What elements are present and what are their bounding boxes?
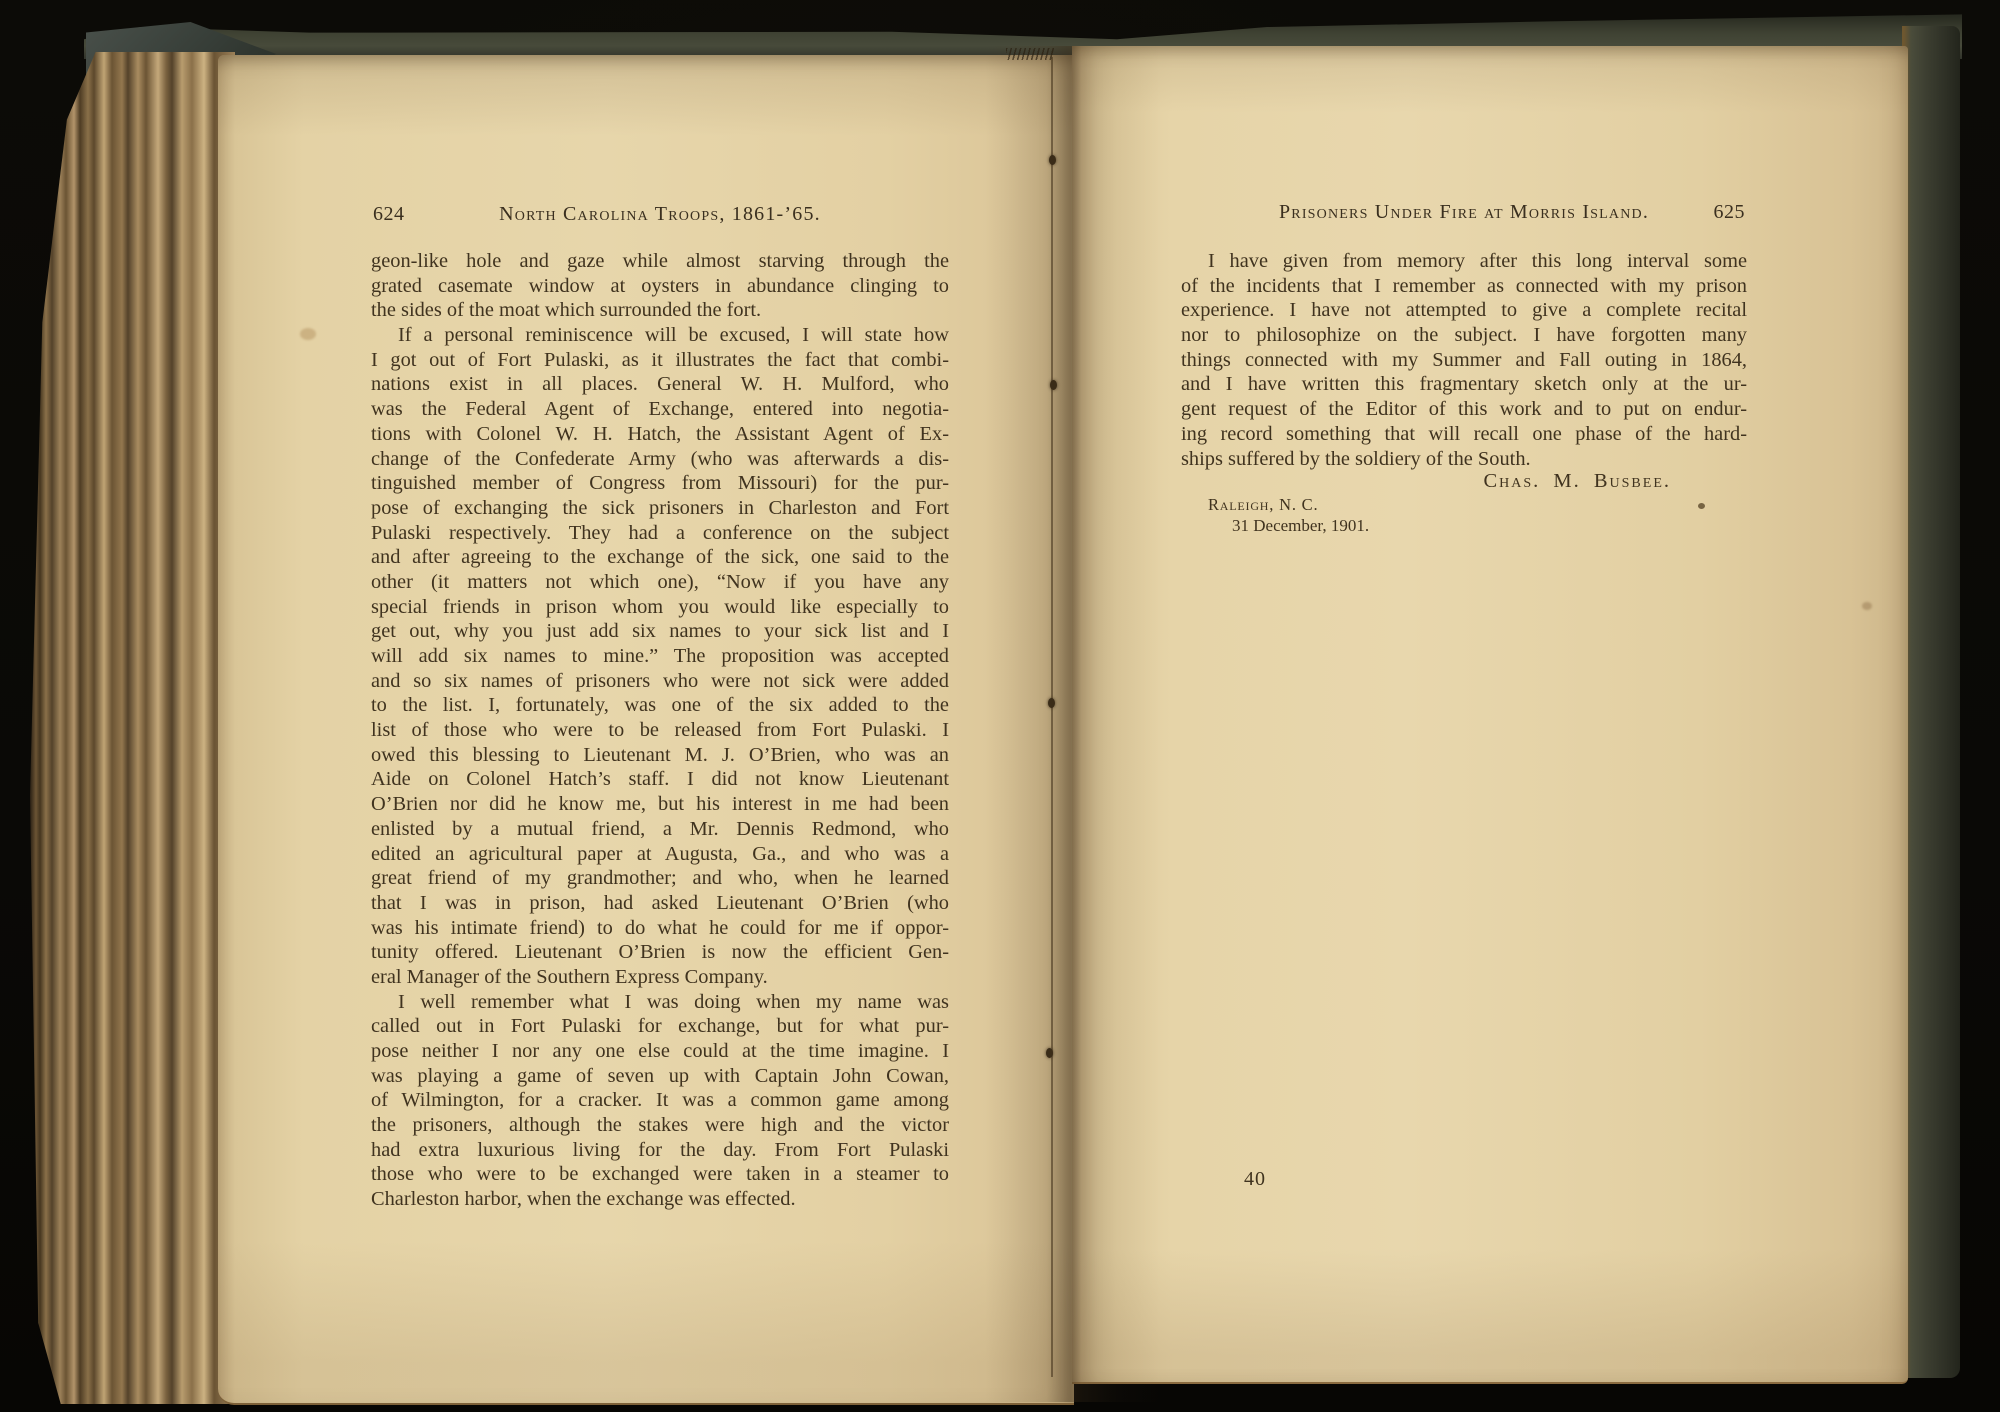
binding-stitch-hole xyxy=(1046,1048,1053,1058)
text-line: called out in Fort Pulaski for exchange,… xyxy=(371,1014,949,1039)
paper-foxing-spot xyxy=(1698,503,1705,509)
text-line: nations exist in all places. General W. … xyxy=(371,372,949,397)
text-line: gent request of the Editor of this work … xyxy=(1181,397,1747,422)
text-line: that I was in prison, had asked Lieutena… xyxy=(371,891,949,916)
text-line: was the Federal Agent of Exchange, enter… xyxy=(371,397,949,422)
text-line: things connected with my Summer and Fall… xyxy=(1181,348,1747,373)
binding-stitch-hole xyxy=(1049,155,1056,165)
text-line: grated casemate window at oysters in abu… xyxy=(371,274,949,299)
text-line: pose neither I nor any one else could at… xyxy=(371,1039,949,1064)
text-line: I have given from memory after this long… xyxy=(1181,249,1747,274)
text-line: enlisted by a mutual friend, a Mr. Denni… xyxy=(371,817,949,842)
text-line: tunity offered. Lieutenant O’Brien is no… xyxy=(371,940,949,965)
author-signature: Chas. M. Busbee. xyxy=(1181,470,1747,493)
dateline-place: Raleigh, N. C. xyxy=(1208,495,1318,515)
text-line: had extra luxurious living for the day. … xyxy=(371,1138,949,1163)
left-page-number: 624 xyxy=(373,203,405,226)
left-page-text: geon-like hole and gaze while almost sta… xyxy=(371,249,949,1212)
text-line: pose of exchanging the sick prisoners in… xyxy=(371,496,949,521)
text-line: I got out of Fort Pulaski, as it illustr… xyxy=(371,348,949,373)
paper-foxing-spot xyxy=(1862,602,1872,610)
text-line: ships suffered by the soldiery of the So… xyxy=(1181,447,1747,472)
text-line: and after agreeing to the exchange of th… xyxy=(371,545,949,570)
text-line: If a personal reminiscence will be excus… xyxy=(371,323,949,348)
text-line: tinguished member of Congress from Misso… xyxy=(371,471,949,496)
text-line: I well remember what I was doing when my… xyxy=(371,990,949,1015)
fanned-page-edges xyxy=(30,52,235,1404)
open-book-scan: 624 North Carolina Troops, 1861-’65. geo… xyxy=(0,0,2000,1412)
book-cover-right-edge xyxy=(1902,26,1960,1378)
text-line: experience. I have not attempted to give… xyxy=(1181,298,1747,323)
left-page: 624 North Carolina Troops, 1861-’65. geo… xyxy=(218,55,1074,1405)
right-page-number: 625 xyxy=(1714,201,1746,224)
dateline-date: 31 December, 1901. xyxy=(1232,516,1369,536)
text-line: was his intimate friend) to do what he c… xyxy=(371,916,949,941)
text-line: edited an agricultural paper at Augusta,… xyxy=(371,842,949,867)
text-line: Charleston harbor, when the exchange was… xyxy=(371,1187,949,1212)
text-line: other (it matters not which one), “Now i… xyxy=(371,570,949,595)
text-line: Aide on Colonel Hatch’s staff. I did not… xyxy=(371,767,949,792)
text-line: eral Manager of the Southern Express Com… xyxy=(371,965,949,990)
text-line: of the incidents that I remember as conn… xyxy=(1181,274,1747,299)
binding-stitch-hole xyxy=(1048,698,1055,708)
right-running-title: Prisoners Under Fire at Morris Island. xyxy=(1181,201,1747,224)
text-line: change of the Confederate Army (who was … xyxy=(371,447,949,472)
text-line: Pulaski respectively. They had a confere… xyxy=(371,521,949,546)
text-line: of Wilmington, for a cracker. It was a c… xyxy=(371,1088,949,1113)
text-line: great friend of my grandmother; and who,… xyxy=(371,866,949,891)
text-line: the prisoners, although the stakes were … xyxy=(371,1113,949,1138)
text-line: O’Brien nor did he know me, but his inte… xyxy=(371,792,949,817)
text-line: those who were to be exchanged were take… xyxy=(371,1162,949,1187)
text-line: get out, why you just add six names to y… xyxy=(371,619,949,644)
right-page: Prisoners Under Fire at Morris Island. 6… xyxy=(1072,46,1908,1384)
text-line: the sides of the moat which surrounded t… xyxy=(371,298,949,323)
gutter-seam-line xyxy=(1051,57,1053,1377)
text-line: will add six names to mine.” The proposi… xyxy=(371,644,949,669)
text-line: owed this blessing to Lieutenant M. J. O… xyxy=(371,743,949,768)
text-line: and I have written this fragmentary sket… xyxy=(1181,372,1747,397)
binding-stitch-hole xyxy=(1050,380,1057,390)
text-line: list of those who were to be released fr… xyxy=(371,718,949,743)
right-page-text: I have given from memory after this long… xyxy=(1181,249,1747,471)
text-line: was playing a game of seven up with Capt… xyxy=(371,1064,949,1089)
text-line: ing record something that will recall on… xyxy=(1181,422,1747,447)
text-line: nor to philosophize on the subject. I ha… xyxy=(1181,323,1747,348)
text-line: to the list. I, fortunately, was one of … xyxy=(371,693,949,718)
paper-foxing-spot xyxy=(300,328,316,340)
text-line: and so six names of prisoners who were n… xyxy=(371,669,949,694)
text-line: geon-like hole and gaze while almost sta… xyxy=(371,249,949,274)
printers-signature-mark: 40 xyxy=(1244,1168,1266,1191)
text-line: tions with Colonel W. H. Hatch, the Assi… xyxy=(371,422,949,447)
binding-thread-marks xyxy=(1006,48,1054,60)
left-running-head: 624 North Carolina Troops, 1861-’65. xyxy=(371,203,949,229)
right-running-head: Prisoners Under Fire at Morris Island. 6… xyxy=(1181,201,1747,227)
text-line: special friends in prison whom you would… xyxy=(371,595,949,620)
left-running-title: North Carolina Troops, 1861-’65. xyxy=(371,203,949,226)
